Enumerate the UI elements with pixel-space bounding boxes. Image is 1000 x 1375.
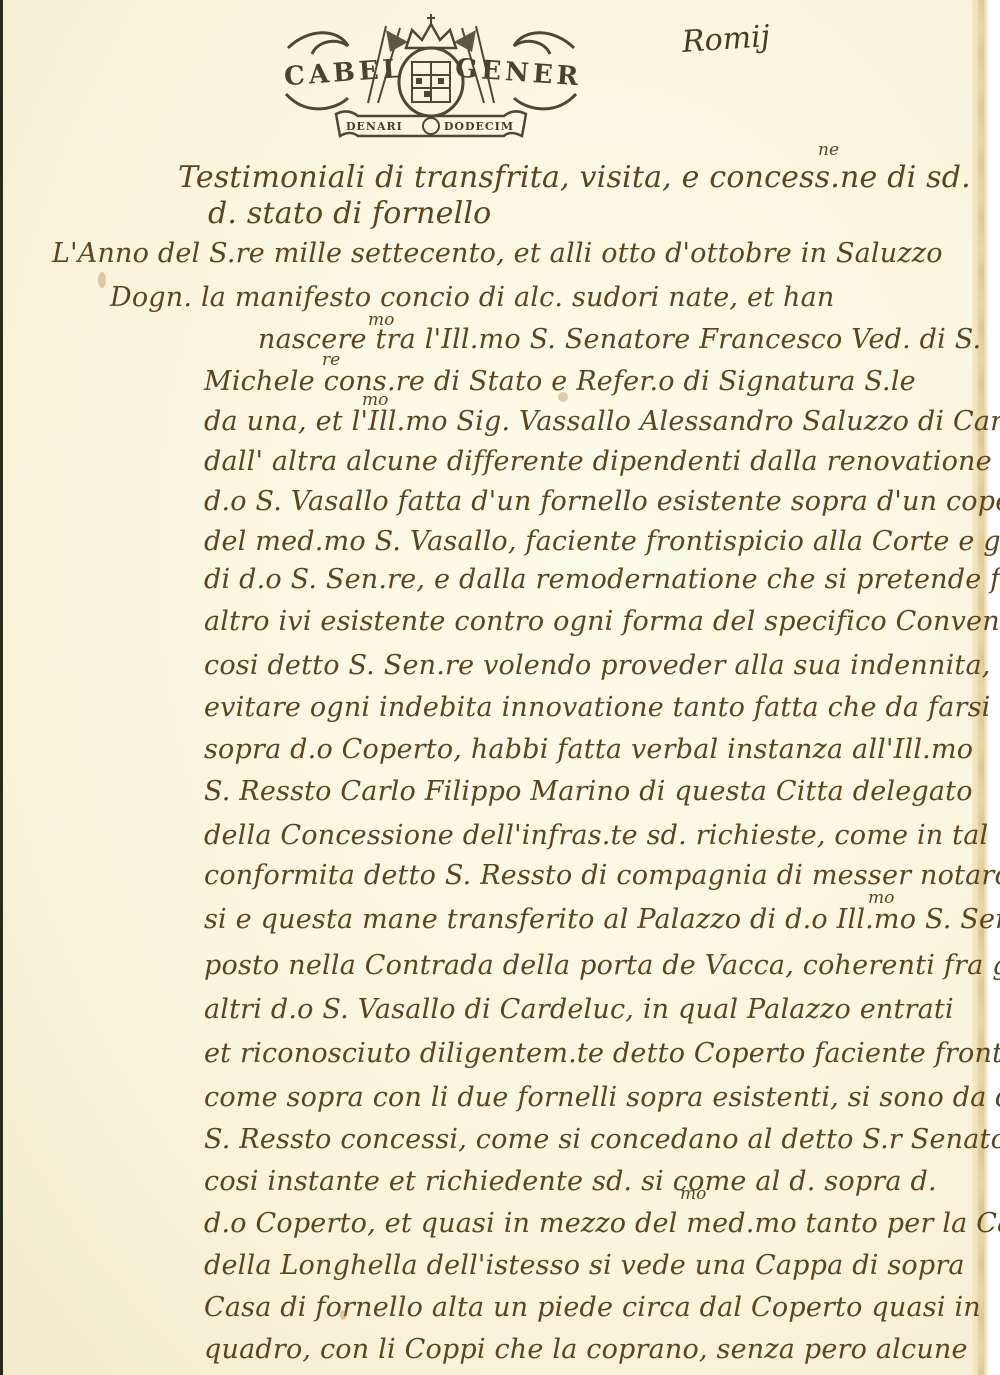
body-line-3: nascere tra l'Ill.mo S. Senatore Frances… — [258, 324, 981, 355]
body-line-27: quadro, con li Coppi che la coprano, sen… — [204, 1334, 968, 1365]
foxing-spot — [340, 1310, 346, 1320]
body-line-23: cosi instante et richiedente sd. si come… — [204, 1166, 937, 1197]
interlinear-note-4: mo — [868, 888, 894, 908]
body-line-12: evitare ogni indebita innovatione tanto … — [204, 692, 991, 723]
body-line-5: da una, et l'Ill.mo Sig. Vassallo Alessa… — [204, 406, 1000, 437]
body-line-10: altro ivi esistente contro ogni forma de… — [204, 606, 1000, 637]
interlinear-note-3: mo — [362, 390, 388, 410]
title-line-1: Testimoniali di transfrita, visita, e co… — [178, 160, 971, 195]
body-line-2: Dogn. la manifesto concio di alc. sudori… — [110, 282, 834, 313]
body-line-22: S. Ressto concessi, come si concedano al… — [204, 1124, 1000, 1155]
revenue-stamp: CABEL GENER DENARI DODECIM — [278, 8, 584, 142]
body-line-6: dall' altra alcune differente dipendenti… — [204, 446, 1000, 477]
interlinear-note-5: mo — [680, 1184, 706, 1204]
body-line-25: della Longhella dell'istesso si vede una… — [204, 1250, 965, 1281]
body-line-26: Casa di fornello alta un piede circa dal… — [204, 1292, 981, 1323]
foxing-spot — [98, 272, 106, 288]
foxing-spot — [558, 392, 568, 402]
body-line-7: d.o S. Vasallo fatta d'un fornello esist… — [204, 486, 1000, 517]
interlinear-note-2: re — [322, 350, 340, 370]
body-line-21: come sopra con li due fornelli sopra esi… — [204, 1082, 1000, 1113]
body-line-20: et riconosciuto diligentem.te detto Cope… — [204, 1038, 1000, 1069]
folio-annotation: Romij — [681, 19, 771, 60]
body-line-15: della Concessione dell'infras.te sd. ric… — [204, 820, 988, 851]
body-line-17: si e questa mane transferito al Palazzo … — [204, 904, 1000, 935]
body-line-14: S. Ressto Carlo Filippo Marino di questa… — [204, 776, 973, 807]
stamp-ribbon: DENARI DODECIM — [346, 116, 514, 136]
stamp-ribbon-right: DODECIM — [444, 120, 514, 133]
body-line-13: sopra d.o Coperto, habbi fatta verbal in… — [204, 734, 973, 765]
title-line-2: d. stato di fornello — [208, 196, 491, 231]
title-superscript: ne — [818, 140, 839, 160]
body-line-19: altri d.o S. Vasallo di Cardeluc, in qua… — [204, 994, 954, 1025]
body-line-18: posto nella Contrada della porta de Vacc… — [204, 950, 1000, 981]
scan-left-border — [0, 0, 3, 1375]
body-line-9: di d.o S. Sen.re, e dalla remodernatione… — [204, 564, 1000, 595]
body-line-24: d.o Coperto, et quasi in mezzo del med.m… — [204, 1208, 1000, 1239]
body-line-11: cosi detto S. Sen.re volendo proveder al… — [204, 650, 1000, 681]
interlinear-note-1: mo — [368, 310, 394, 330]
body-line-1: L'Anno del S.re mille settecento, et all… — [52, 238, 943, 269]
paper-torn-right-edge — [972, 0, 1000, 1375]
stamp-ribbon-left: DENARI — [346, 120, 403, 133]
body-line-16: conformita detto S. Ressto di compagnia … — [204, 860, 1000, 891]
manuscript-page: CABEL GENER DENARI DODECIM Romij Testimo… — [0, 0, 1000, 1375]
body-line-8: del med.mo S. Vasallo, faciente frontisp… — [204, 526, 1000, 557]
